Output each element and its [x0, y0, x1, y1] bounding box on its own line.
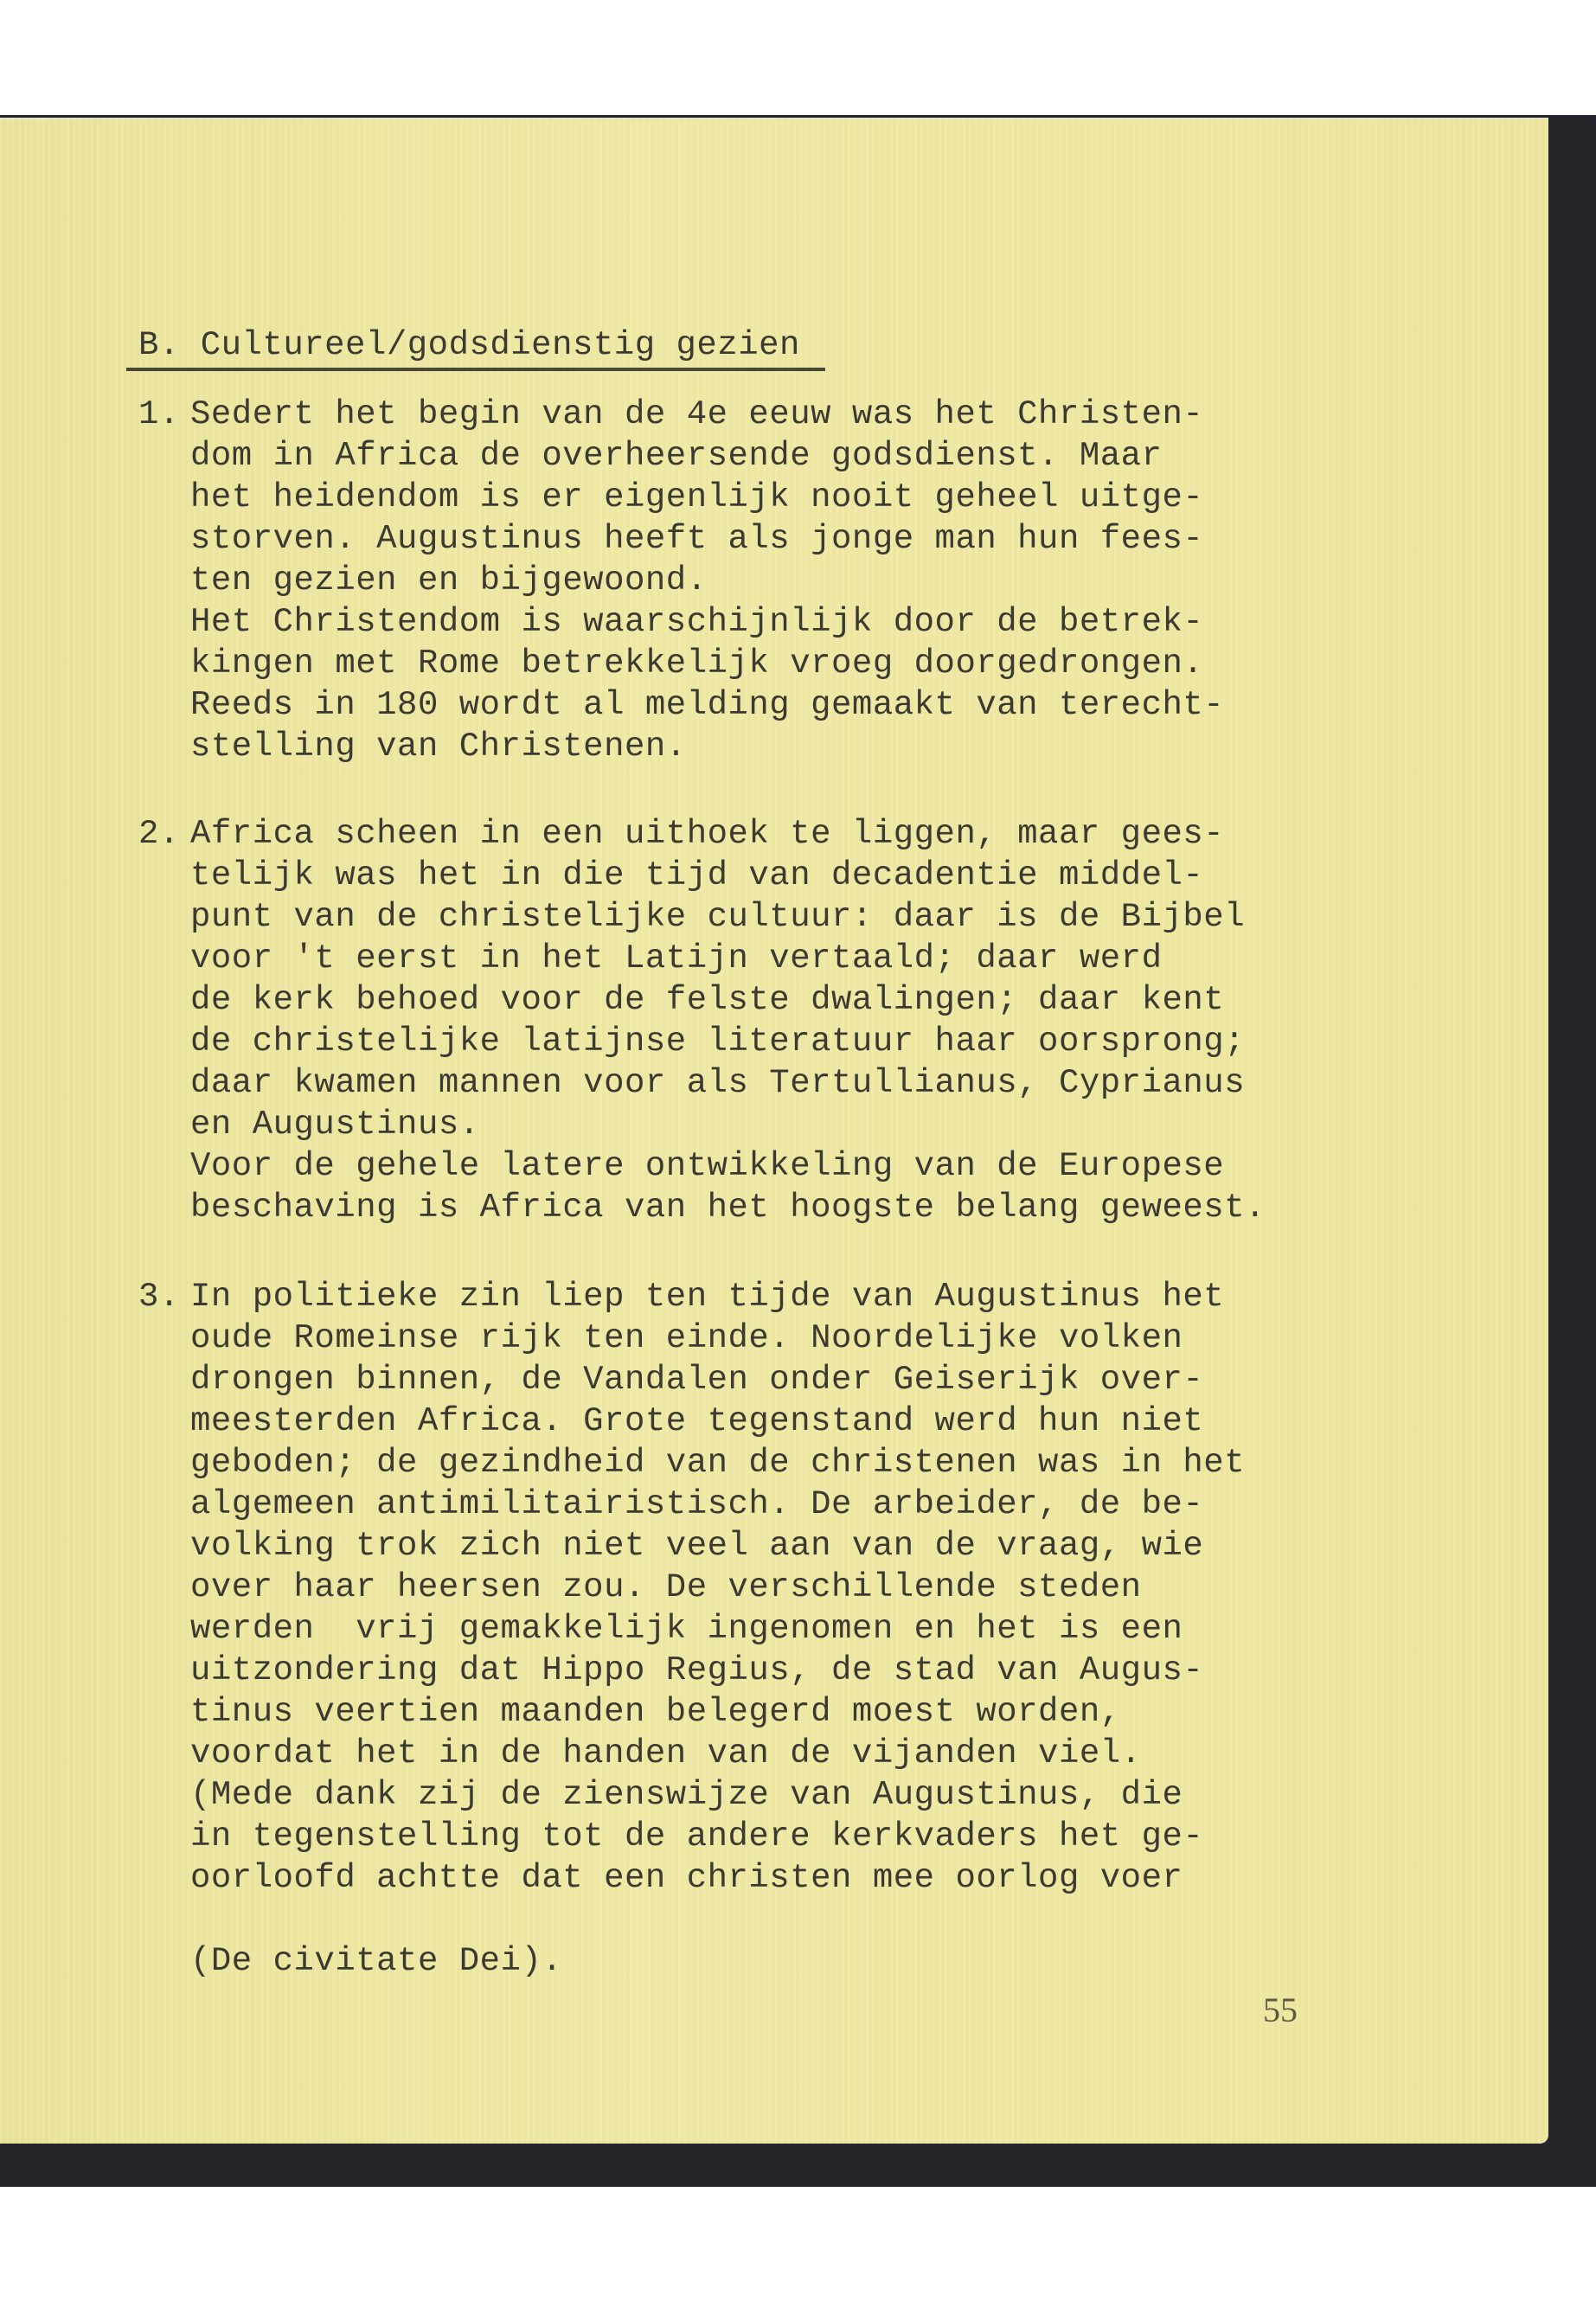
- text-line: oude Romeinse rijk ten einde. Noordelijk…: [138, 1317, 1245, 1359]
- heading-title: Cultureel/godsdienstig gezien: [201, 326, 800, 364]
- line-text: punt van de christelijke cultuur: daar i…: [190, 898, 1245, 936]
- text-line: en Augustinus.: [138, 1104, 1266, 1145]
- line-text: meesterden Africa. Grote tegenstand werd…: [190, 1402, 1203, 1440]
- text-line: geboden; de gezindheid van de christenen…: [138, 1442, 1245, 1484]
- scan-background: B. Cultureel/godsdienstig gezien 1.Seder…: [0, 0, 1596, 2301]
- line-text: geboden; de gezindheid van de christenen…: [190, 1444, 1245, 1482]
- line-text: drongen binnen, de Vandalen onder Geiser…: [190, 1361, 1203, 1399]
- line-text: ten gezien en bijgewoond.: [190, 561, 708, 599]
- line-text: in tegenstelling tot de andere kerkvader…: [190, 1817, 1203, 1856]
- text-line: voordat het in de handen van de vijanden…: [138, 1733, 1245, 1774]
- section-heading: B. Cultureel/godsdienstig gezien: [138, 324, 800, 366]
- line-text: In politieke zin liep ten tijde van Augu…: [190, 1278, 1224, 1316]
- line-text: uitzondering dat Hippo Regius, de stad v…: [190, 1651, 1203, 1689]
- text-line: punt van de christelijke cultuur: daar i…: [138, 896, 1266, 938]
- text-line: telijk was het in die tijd van decadenti…: [138, 855, 1266, 896]
- line-text: voordat het in de handen van de vijanden…: [190, 1734, 1142, 1772]
- section-2: 2.Africa scheen in een uithoek te liggen…: [138, 813, 1266, 1228]
- text-line: kingen met Rome betrekkelijk vroeg doorg…: [138, 643, 1224, 684]
- text-line: volking trok zich niet veel aan van de v…: [138, 1525, 1245, 1567]
- line-text: de christelijke latijnse literatuur haar…: [190, 1022, 1245, 1061]
- line-text: voor 't eerst in het Latijn vertaald; da…: [190, 939, 1162, 977]
- text-line: tinus veertien maanden belegerd moest wo…: [138, 1691, 1245, 1733]
- line-text: oude Romeinse rijk ten einde. Noordelijk…: [190, 1319, 1183, 1357]
- line-text: algemeen antimilitairistisch. De arbeide…: [190, 1485, 1203, 1523]
- text-line: dom in Africa de overheersende godsdiens…: [138, 435, 1224, 477]
- line-text: het heidendom is er eigenlijk nooit gehe…: [190, 478, 1203, 516]
- line-text: tinus veertien maanden belegerd moest wo…: [190, 1693, 1121, 1731]
- section-number: 3.: [138, 1276, 190, 1317]
- text-line: (De civitate Dei).: [138, 1940, 1245, 1982]
- text-line: uitzondering dat Hippo Regius, de stad v…: [138, 1650, 1245, 1691]
- line-text: storven. Augustinus heeft als jonge man …: [190, 520, 1203, 558]
- line-text: en Augustinus.: [190, 1106, 480, 1144]
- text-line: voor 't eerst in het Latijn vertaald; da…: [138, 938, 1266, 979]
- page-number: 55: [1263, 1990, 1298, 2030]
- section-number: 1.: [138, 394, 190, 435]
- text-line: algemeen antimilitairistisch. De arbeide…: [138, 1484, 1245, 1525]
- text-line: Reeds in 180 wordt al melding gemaakt va…: [138, 684, 1224, 726]
- text-line: [138, 1899, 1245, 1940]
- line-text: Reeds in 180 wordt al melding gemaakt va…: [190, 686, 1224, 724]
- line-text: volking trok zich niet veel aan van de v…: [190, 1527, 1203, 1565]
- line-text: de kerk behoed voor de felste dwalingen;…: [190, 981, 1224, 1019]
- text-line: stelling van Christenen.: [138, 726, 1224, 767]
- text-line: ten gezien en bijgewoond.: [138, 560, 1224, 601]
- text-line: 1.Sedert het begin van de 4e eeuw was he…: [138, 394, 1224, 435]
- text-line: 3.In politieke zin liep ten tijde van Au…: [138, 1276, 1245, 1317]
- text-line: storven. Augustinus heeft als jonge man …: [138, 518, 1224, 560]
- line-text: Voor de gehele latere ontwikkeling van d…: [190, 1147, 1224, 1185]
- line-text: Het Christendom is waarschijnlijk door d…: [190, 603, 1203, 641]
- text-line: daar kwamen mannen voor als Tertullianus…: [138, 1062, 1266, 1104]
- text-line: beschaving is Africa van het hoogste bel…: [138, 1187, 1266, 1228]
- text-line: werden vrij gemakkelijk ingenomen en het…: [138, 1608, 1245, 1650]
- line-text: werden vrij gemakkelijk ingenomen en het…: [190, 1610, 1183, 1648]
- text-line: het heidendom is er eigenlijk nooit gehe…: [138, 477, 1224, 518]
- line-text: kingen met Rome betrekkelijk vroeg doorg…: [190, 644, 1203, 683]
- line-text: oorloofd achtte dat een christen mee oor…: [190, 1859, 1183, 1897]
- line-text: (De civitate Dei).: [190, 1942, 562, 1980]
- line-text: telijk was het in die tijd van decadenti…: [190, 856, 1203, 894]
- text-line: Het Christendom is waarschijnlijk door d…: [138, 601, 1224, 643]
- line-text: over haar heersen zou. De verschillende …: [190, 1568, 1142, 1606]
- text-line: de kerk behoed voor de felste dwalingen;…: [138, 979, 1266, 1021]
- line-text: Africa scheen in een uithoek te liggen, …: [190, 815, 1224, 853]
- line-text: daar kwamen mannen voor als Tertullianus…: [190, 1064, 1245, 1102]
- line-text: stelling van Christenen.: [190, 727, 687, 766]
- text-line: in tegenstelling tot de andere kerkvader…: [138, 1816, 1245, 1857]
- text-line: 2.Africa scheen in een uithoek te liggen…: [138, 813, 1266, 855]
- section-number: 2.: [138, 813, 190, 855]
- line-text: dom in Africa de overheersende godsdiens…: [190, 437, 1162, 475]
- section-1: 1.Sedert het begin van de 4e eeuw was he…: [138, 394, 1224, 767]
- text-line: oorloofd achtte dat een christen mee oor…: [138, 1857, 1245, 1899]
- line-text: Sedert het begin van de 4e eeuw was het …: [190, 395, 1203, 433]
- section-3: 3.In politieke zin liep ten tijde van Au…: [138, 1276, 1245, 1982]
- text-line: (Mede dank zij de zienswijze van Augusti…: [138, 1774, 1245, 1816]
- line-text: (Mede dank zij de zienswijze van Augusti…: [190, 1776, 1183, 1814]
- text-line: de christelijke latijnse literatuur haar…: [138, 1021, 1266, 1062]
- line-text: beschaving is Africa van het hoogste bel…: [190, 1189, 1266, 1227]
- text-line: drongen binnen, de Vandalen onder Geiser…: [138, 1359, 1245, 1400]
- text-line: meesterden Africa. Grote tegenstand werd…: [138, 1400, 1245, 1442]
- text-line: Voor de gehele latere ontwikkeling van d…: [138, 1145, 1266, 1187]
- text-line: over haar heersen zou. De verschillende …: [138, 1567, 1245, 1608]
- heading-number: B.: [138, 326, 180, 364]
- heading-underline: [126, 368, 825, 371]
